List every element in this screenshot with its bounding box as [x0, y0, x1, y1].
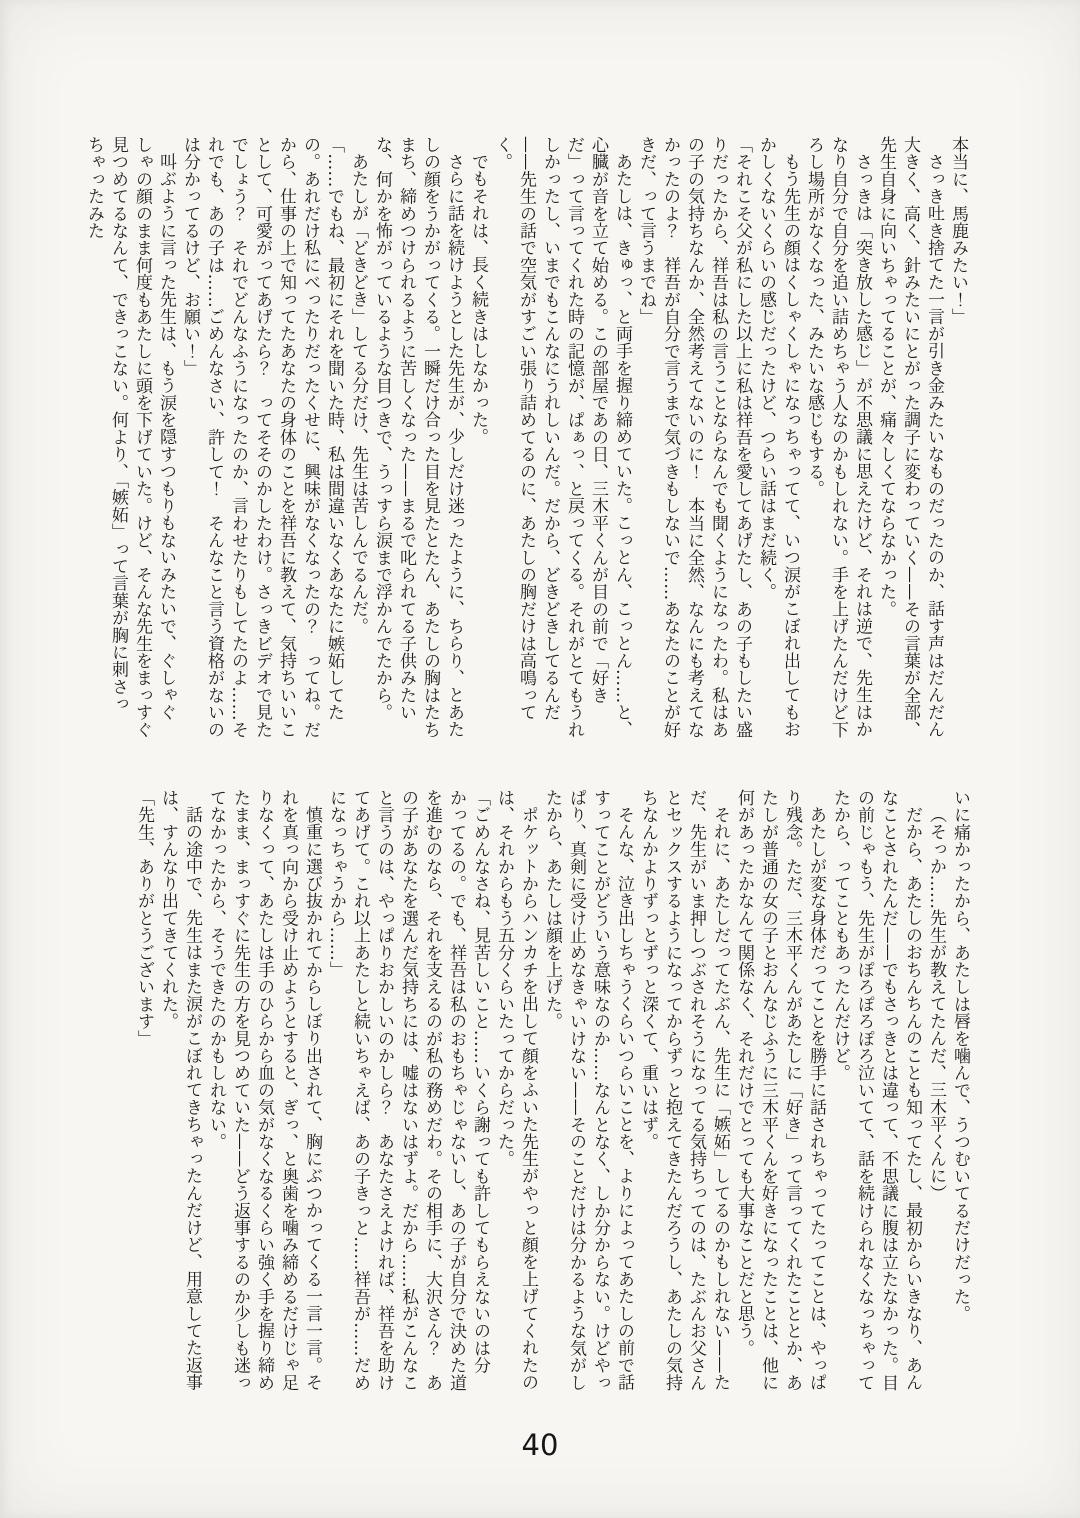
- paragraph: あたしが「どきどき」してる分だけ、先生は苦しんでるんだ。: [346, 136, 370, 751]
- paragraph: さらに話を続けようとした先生が、少しだけ迷ったように、ちらり、とあたしの顔をうか…: [370, 136, 466, 751]
- paragraph: さっきは「突き放した感じ」が不思議に思えたけど、それは逆で、先生はかなり自分で自…: [802, 136, 874, 751]
- paragraph: だから、あたしのおちんちんのことも知ってたし、最初からいきなり、あんなことされた…: [828, 789, 924, 1404]
- paragraph: もう先生の顔はくしゃくしゃになっちゃってて、いつ涙がこぼれ出してもおかしくないく…: [754, 136, 802, 751]
- paragraph: （そっか……先生が教えてたんだ、三木平くんに）: [924, 789, 948, 1404]
- text-block-top: 本当に、馬鹿みたい！」さっき吐き捨てた一言が引き金みたいなものだったのか、話す声…: [82, 136, 970, 751]
- paragraph: そんな、泣き出しちゃうくらいつらいことを、よりによってあたしの前で話すってことが…: [540, 789, 636, 1404]
- paragraph: 「……でもね、最初にそれを聞いた時、私は間違いなくあなたに嫉妬してたの。あれだけ…: [178, 136, 346, 751]
- paragraph: それに、あたしだってたぶん、先生に「嫉妬」してるのかもしれない——ただ、先生がい…: [636, 789, 732, 1404]
- paragraph: 「それこそ父が私にした以上に私は祥吾を愛してあげたし、あの子もしたい盛りだったか…: [634, 136, 754, 751]
- paragraph: いに痛かったから、あたしは唇を噛んで、うつむいてるだけだった。: [948, 789, 972, 1404]
- text-block-bottom: いに痛かったから、あたしは唇を噛んで、うつむいてるだけだった。（そっか……先生が…: [132, 789, 972, 1404]
- scanned-novel-page: 本当に、馬鹿みたい！」さっき吐き捨てた一言が引き金みたいなものだったのか、話す声…: [0, 0, 1080, 1518]
- paragraph: でもそれは、長く続きはしなかった。: [466, 136, 490, 751]
- paragraph: あたしが変な身体だってことを勝手に話されちゃってたってことは、やっぱり残念。ただ…: [732, 789, 828, 1404]
- paragraph: 「先生、ありがとうございます」: [132, 789, 156, 1404]
- paragraph: 慎重に選び抜かれてからしぼり出されて、胸にぶつかってくる一言一言。それを真っ向か…: [204, 789, 324, 1404]
- paragraph: 話の途中で、先生はまた涙がこぼれてきちゃったんだけど、用意してた返事は、すんなり…: [156, 789, 204, 1404]
- paragraph: 本当に、馬鹿みたい！」: [946, 136, 970, 751]
- paragraph: ポケットからハンカチを出して顔をふいた先生がやっと顔を上げてくれたのは、それから…: [492, 789, 540, 1404]
- paragraph: さっき吐き捨てた一言が引き金みたいなものだったのか、話す声はだんだん大きく、高く…: [874, 136, 946, 751]
- page-number: 40: [0, 1428, 1080, 1462]
- paragraph: あたしは、きゅっ、と両手を握り締めていた。こっとん、こっとん……と、心臓が音を立…: [490, 136, 634, 751]
- paragraph: 「ごめんなさね、見苦しいこと……いくら謝っても許してもらえないのは分かってるの。…: [324, 789, 492, 1404]
- paragraph: 叫ぶように言った先生は、もう涙を隠すつもりもないみたいで、ぐしゃぐしゃの顔のまま…: [82, 136, 178, 751]
